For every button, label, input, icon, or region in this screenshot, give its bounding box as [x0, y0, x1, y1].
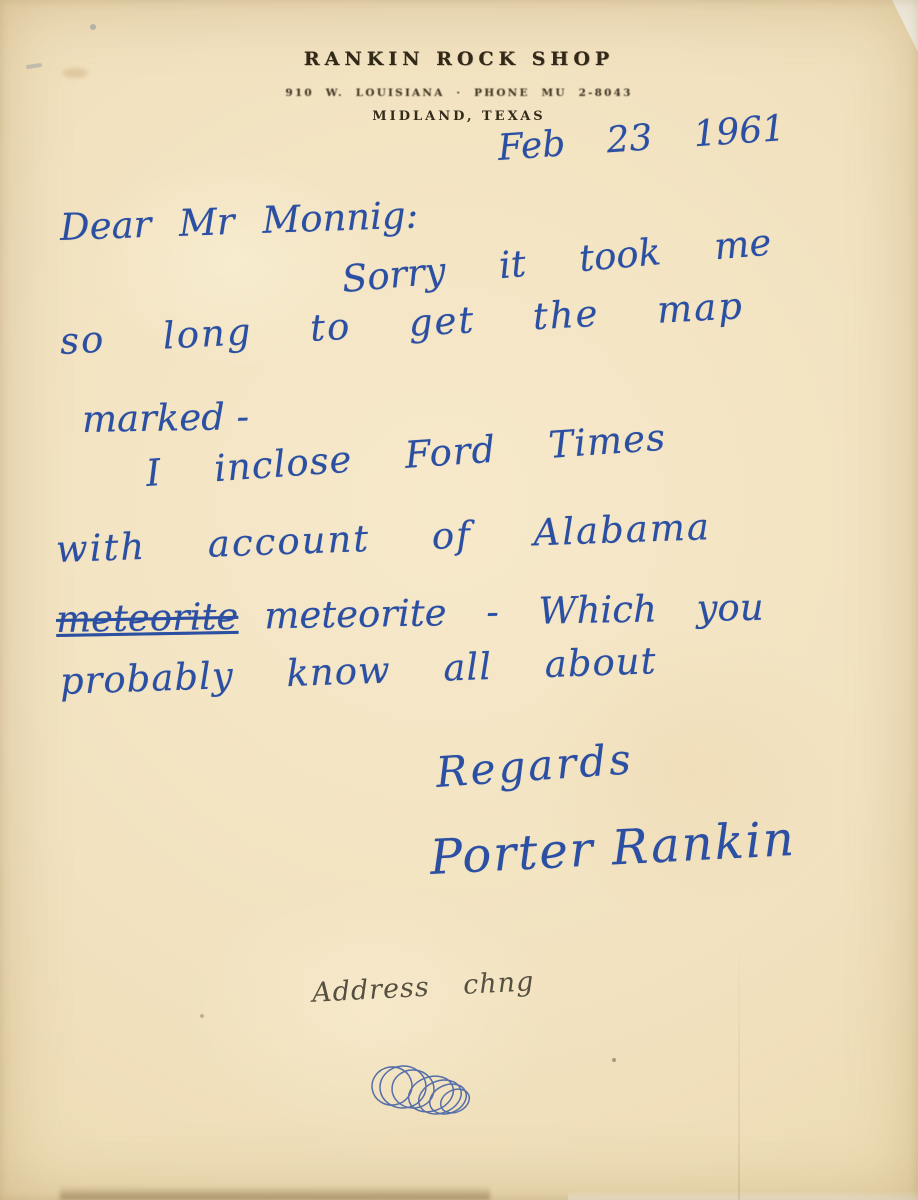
crossed-out-word: meteorite	[56, 595, 239, 641]
body-line-7: probably know all about	[59, 639, 657, 703]
body-line-2: so long to get the map	[59, 284, 745, 363]
letterhead-address-phone: 910 W. LOUISIANA · PHONE MU 2-8043	[0, 87, 918, 99]
body-line-3: marked -	[82, 395, 250, 441]
scanner-background-corner	[892, 0, 918, 52]
pencil-annotation: Address chng	[311, 966, 535, 1009]
body-line-5: with account of Alabama	[55, 505, 711, 571]
paper-speck	[612, 1058, 616, 1062]
ink-scribble-doodle	[368, 1056, 488, 1126]
paper-edge-shadow	[60, 1186, 490, 1200]
letter-page: RANKIN ROCK SHOP 910 W. LOUISIANA · PHON…	[0, 0, 918, 1200]
paper-fold-line	[738, 930, 740, 1200]
body-line-6: meteoritemeteorite - Which you	[56, 586, 764, 641]
closing-line: Regards	[434, 734, 635, 797]
signature: Porter Rankin	[429, 811, 798, 886]
salutation-line: Dear Mr Monnig:	[59, 194, 419, 249]
paper-speck	[90, 24, 96, 30]
paper-speck	[200, 1014, 204, 1018]
letterhead-shop-name: RANKIN ROCK SHOP	[0, 48, 918, 70]
body-line-6-text: meteorite - Which you	[264, 586, 764, 638]
scanner-background-edge	[568, 1191, 918, 1200]
